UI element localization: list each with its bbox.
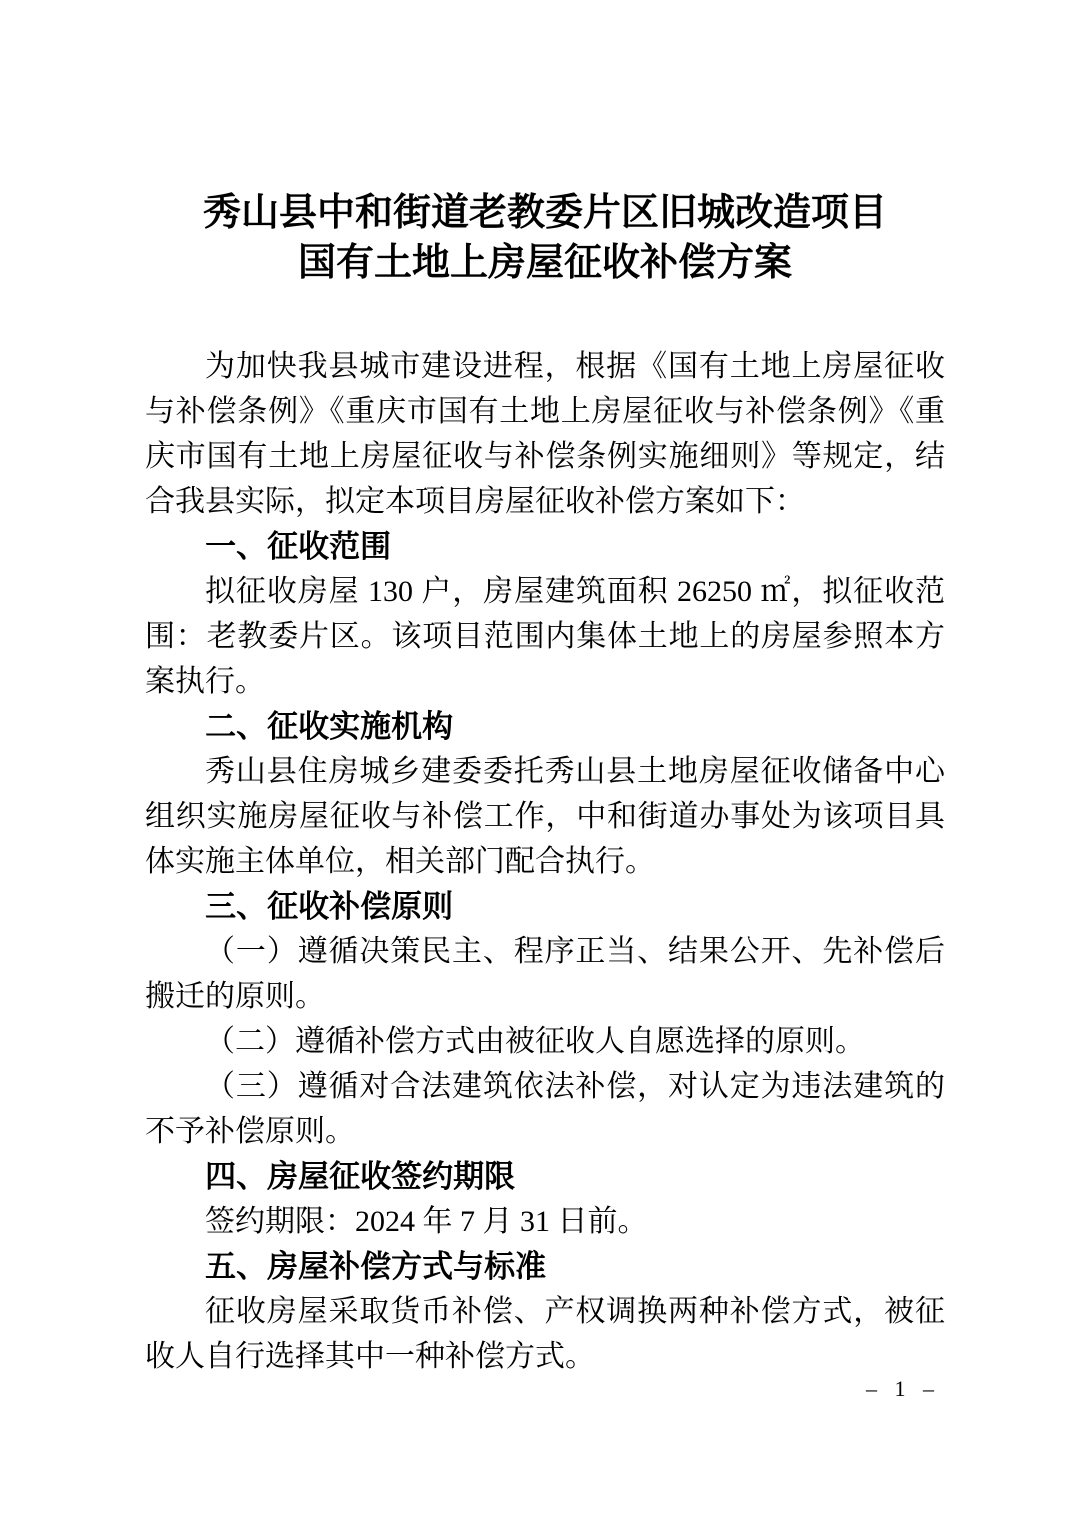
intro-paragraph: 为加快我县城市建设进程，根据《国有土地上房屋征收与补偿条例》《重庆市国有土地上房… [145, 344, 945, 524]
document-page: 秀山县中和街道老教委片区旧城改造项目 国有土地上房屋征收补偿方案 为加快我县城市… [0, 0, 1074, 1520]
section-heading-2: 二、征收实施机构 [145, 704, 945, 749]
section-4-paragraph-1: 签约期限：2024 年 7 月 31 日前。 [145, 1199, 945, 1244]
document-title-line2: 国有土地上房屋征收补偿方案 [298, 242, 792, 284]
section-1-paragraph-1: 拟征收房屋 130 户，房屋建筑面积 26250 ㎡，拟征收范围：老教委片区。该… [145, 569, 945, 704]
document-content: 秀山县中和街道老教委片区旧城改造项目 国有土地上房屋征收补偿方案 为加快我县城市… [145, 188, 945, 1379]
section-5-paragraph-1: 征收房屋采取货币补偿、产权调换两种补偿方式，被征收人自行选择其中一种补偿方式。 [145, 1289, 945, 1379]
section-3-paragraph-3: （三）遵循对合法建筑依法补偿，对认定为违法建筑的不予补偿原则。 [145, 1064, 945, 1154]
section-heading-5: 五、房屋补偿方式与标准 [145, 1244, 945, 1289]
section-2-paragraph-1: 秀山县住房城乡建委委托秀山县土地房屋征收储备中心组织实施房屋征收与补偿工作，中和… [145, 749, 945, 884]
section-3-paragraph-2: （二）遵循补偿方式由被征收人自愿选择的原则。 [145, 1019, 945, 1064]
section-3-paragraph-1: （一）遵循决策民主、程序正当、结果公开、先补偿后搬迁的原则。 [145, 929, 945, 1019]
section-heading-3: 三、征收补偿原则 [145, 884, 945, 929]
section-heading-4: 四、房屋征收签约期限 [145, 1154, 945, 1199]
page-number: – 1 – [866, 1376, 940, 1402]
document-title-line1: 秀山县中和街道老教委片区旧城改造项目 [203, 192, 887, 234]
section-heading-1: 一、征收范围 [145, 524, 945, 569]
document-title: 秀山县中和街道老教委片区旧城改造项目 国有土地上房屋征收补偿方案 [145, 188, 945, 288]
